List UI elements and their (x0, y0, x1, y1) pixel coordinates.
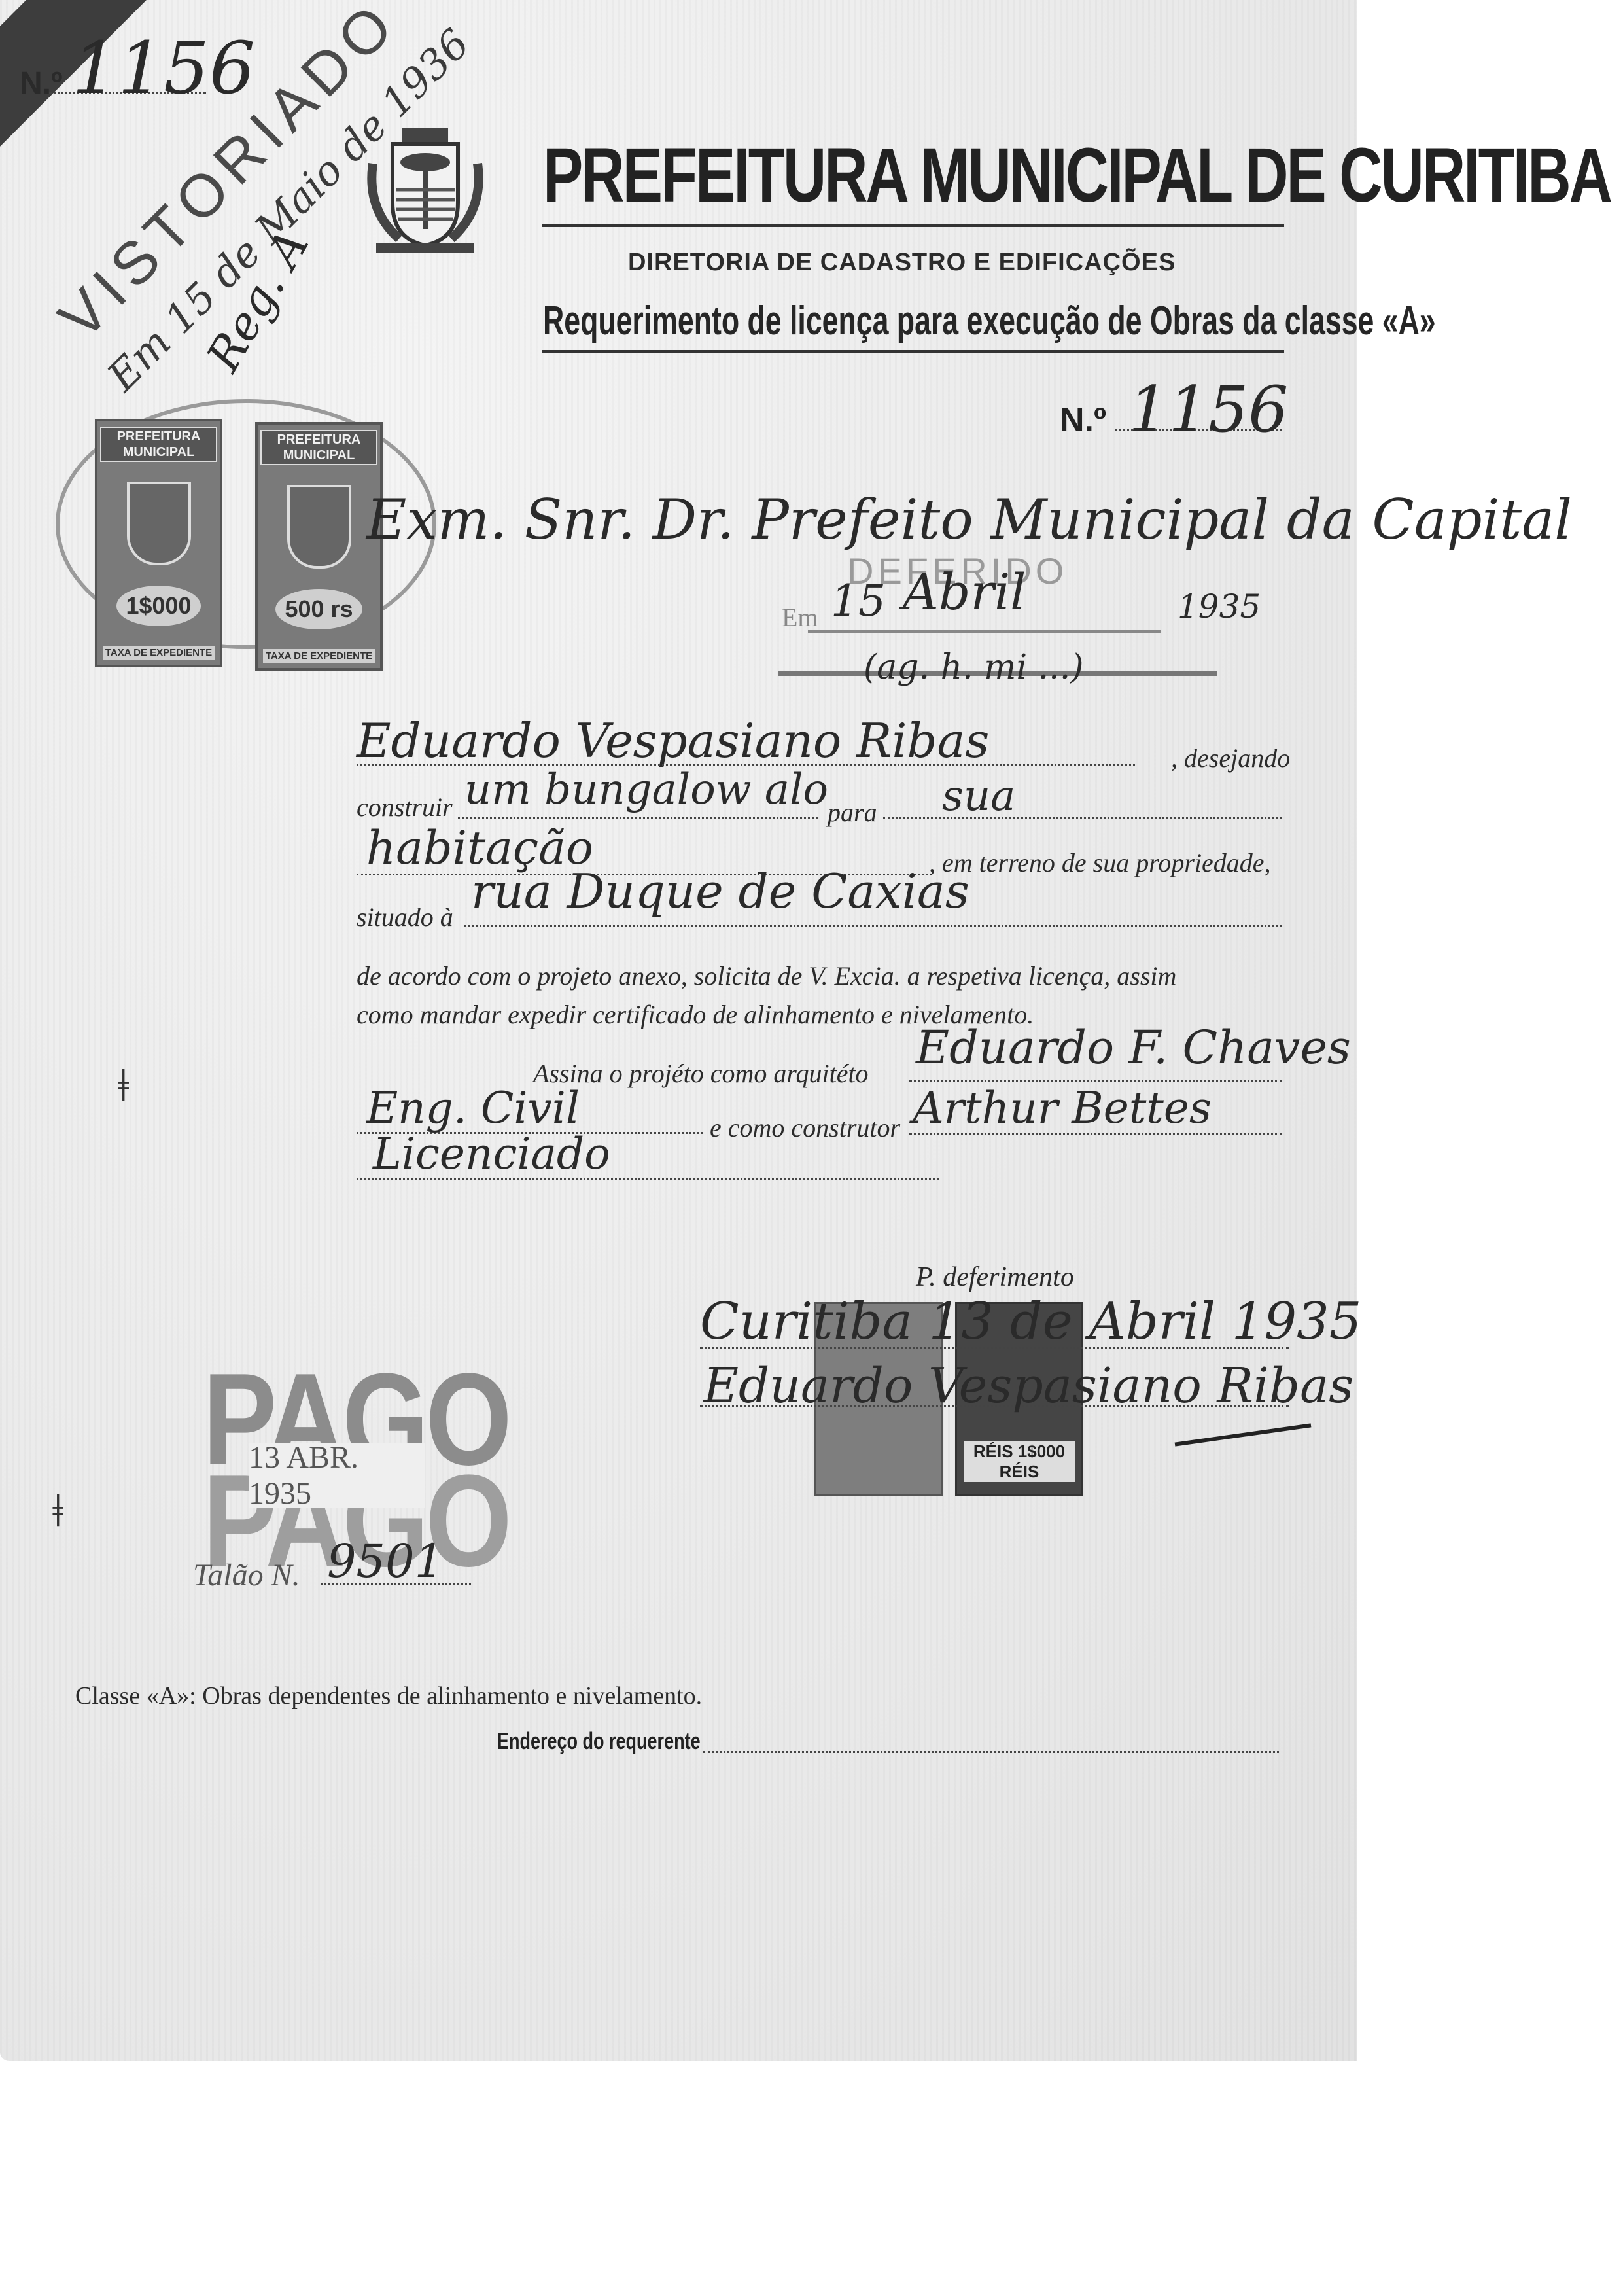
revenue-stamp-1000: PREFEITURA MUNICIPAL 1$000 TAXA DE EXPED… (95, 419, 222, 667)
arquiteto-line (909, 1080, 1282, 1082)
state-stamp-value: RÉIS 1$000 RÉIS (964, 1441, 1075, 1482)
construtor-label: e como construtor (710, 1112, 900, 1143)
situado-line (464, 925, 1282, 927)
terreno-text: , em terreno de sua propriedade, (929, 847, 1271, 878)
para-value: sua (942, 772, 1015, 821)
construtor-line (909, 1133, 1282, 1135)
situado-label: situado à (357, 902, 453, 932)
margin-mark: ǂ (118, 1060, 129, 1112)
top-number-value: 1156 (72, 26, 255, 110)
approval-date-rule (808, 630, 1161, 633)
form-number-label: N.º (1060, 400, 1106, 440)
stamp-shield-icon (287, 485, 351, 569)
revenue-stamp-500: PREFEITURA MUNICIPAL 500 rs TAXA DE EXPE… (255, 422, 383, 671)
title-rule (542, 224, 1284, 227)
form-title-rule (542, 350, 1284, 353)
top-number-label: N.º (20, 65, 63, 101)
form-number-value: 1156 (1128, 373, 1288, 446)
stamp-footer: TAXA DE EXPEDIENTE (263, 649, 375, 663)
requester-signature: Eduardo Vespasiano Ribas (703, 1358, 1353, 1414)
para-label: para (828, 797, 877, 828)
endereco-field[interactable] (703, 1751, 1279, 1753)
talao-label: Talão N. (193, 1557, 300, 1593)
applicant-name: Eduardo Vespasiano Ribas (357, 713, 989, 768)
margin-mark: ǂ (52, 1485, 63, 1538)
stamp-shield-icon (127, 482, 191, 565)
talao-value: 9501 (327, 1534, 444, 1588)
approval-em-label: Em (782, 602, 818, 633)
arquiteto-value: Eduardo F. Chaves (916, 1021, 1351, 1074)
salutation: Exm. Snr. Dr. Prefeito Municipal da Capi… (366, 487, 1572, 552)
situado-value: rua Duque de Caxias (471, 864, 969, 919)
construtor-cont-value: Licenciado (373, 1129, 610, 1179)
stamp-value: 1$000 (116, 586, 200, 626)
page-subtitle: DIRETORIA DE CADASTRO E EDIFICAÇÕES (628, 249, 1176, 277)
p-deferimento: P. deferimento (916, 1262, 1074, 1293)
stamp-header: PREFEITURA MUNICIPAL (260, 430, 377, 465)
construtor-value: Arthur Bettes (913, 1083, 1212, 1133)
approval-signature: (ag. h. mi ...) (864, 648, 1084, 687)
classe-note: Classe «A»: Obras dependentes de alinham… (75, 1682, 702, 1710)
desejando-text: , desejando (1171, 743, 1290, 773)
stamp-value: 500 rs (275, 589, 362, 629)
stamp-footer: TAXA DE EXPEDIENTE (103, 646, 215, 660)
construir-value: um bungalow alo (464, 766, 828, 814)
pago-date: 13 ABR. 1935 (249, 1443, 425, 1508)
approval-month: Abril (903, 563, 1026, 621)
stamp-header: PREFEITURA MUNICIPAL (100, 427, 217, 462)
approval-day: 15 (831, 576, 886, 626)
approval-year: 1935 (1178, 588, 1261, 626)
endereco-label: Endereço do requerente (497, 1727, 701, 1755)
assina-text: Assina o projéto como arquitéto (533, 1058, 869, 1089)
construir-label: construir (357, 792, 453, 822)
form-title: Requerimento de licença para execução de… (543, 298, 1436, 344)
construir-line (458, 817, 818, 819)
place-date: Curitiba 13 de Abril 1935 (700, 1292, 1361, 1351)
acordo-text: de acordo com o projeto anexo, solicita … (357, 961, 1176, 991)
engenheiro-value: Eng. Civil (366, 1083, 580, 1133)
document-page: VISTORIADO N.º 1156 Em 15 de Maio de 193… (0, 0, 1357, 2061)
coat-of-arms-icon (366, 124, 484, 255)
page-title: PREFEITURA MUNICIPAL DE CURITIBA (543, 131, 1122, 220)
signature-underline (1175, 1423, 1312, 1446)
em-label: Em (782, 603, 818, 632)
